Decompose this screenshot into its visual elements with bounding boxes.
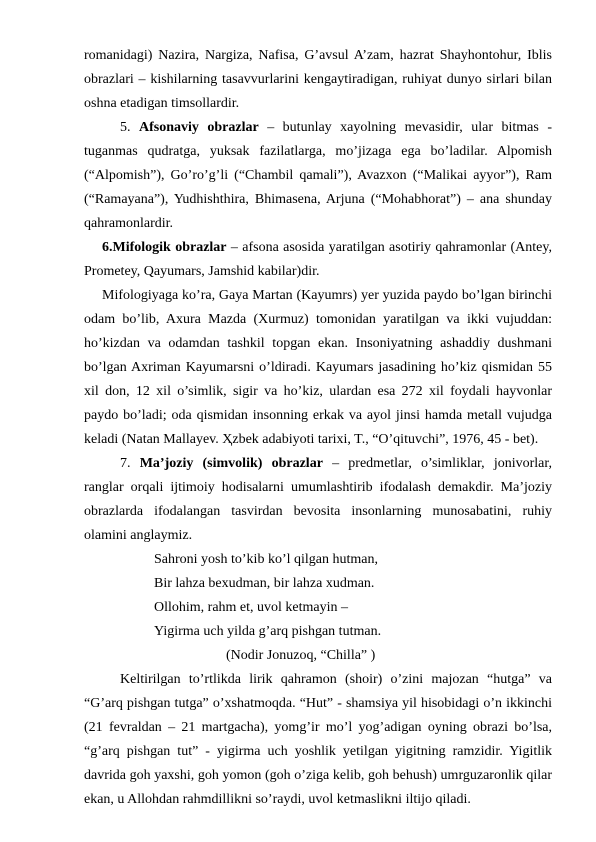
definition-text: – butunlay xayolning mevasidir, ular bit… [84, 120, 552, 231]
document-page: romanidagi) Nazira, Nargiza, Nafisa, G’a… [84, 44, 552, 812]
paragraph-mythology: Mifologiyaga ko’ra, Gaya Martan (Kayumrs… [84, 284, 552, 452]
item-number: 7. [120, 456, 140, 471]
poem-line: Bir lahza bexudman, bir lahza xudman. [154, 572, 552, 596]
poem-line: Sahroni yosh to’kib ko’l qilgan hutman, [154, 548, 552, 572]
paragraph-afsonaviy-obrazlar: 5. Afsonaviy obrazlar – butunlay xayolni… [84, 116, 552, 236]
paragraph-majoziy-obrazlar: 7. Ma’joziy (simvolik) obrazlar – predme… [84, 452, 552, 548]
poem-line: Ollohim, rahm et, uvol ketmayin – [154, 596, 552, 620]
term-afsonaviy-obrazlar: Afsonaviy obrazlar [139, 120, 259, 135]
paragraph-mifologik-obrazlar: 6.Mifologik obrazlar – afsona asosida ya… [84, 236, 552, 284]
poem-line: Yigirma uch yilda g’arq pishgan tutman. [154, 620, 552, 644]
term-mifologik-obrazlar: 6.Mifologik obrazlar [102, 240, 227, 255]
poem-attribution: (Nodir Jonuzoq, “Chilla” ) [154, 644, 552, 668]
item-number: 5. [120, 120, 139, 135]
paragraph-continuation: romanidagi) Nazira, Nargiza, Nafisa, G’a… [84, 44, 552, 116]
term-majoziy-obrazlar: Ma’joziy (simvolik) obrazlar [140, 456, 323, 471]
paragraph-analysis: Keltirilgan to’rtlikda lirik qahramon (s… [84, 668, 552, 812]
poem-quatrain: Sahroni yosh to’kib ko’l qilgan hutman, … [84, 548, 552, 668]
